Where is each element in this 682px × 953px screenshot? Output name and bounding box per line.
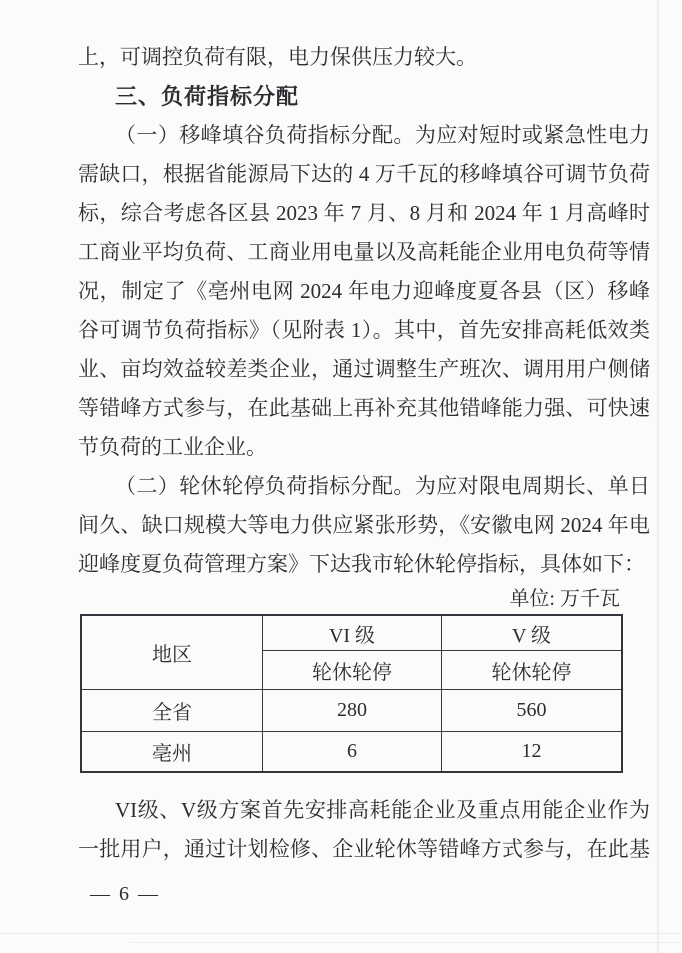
table-header-level-vi: VI 级	[263, 615, 442, 651]
document-page: 上，可调控负荷有限，电力保供压力较大。 三、负荷指标分配 （一）移峰填谷负荷指标…	[0, 0, 682, 953]
table-row: 亳州 6 12	[81, 732, 622, 773]
paragraph-line: 工商业平均负荷、工商业用电量以及高耗能企业用电负荷等情	[78, 233, 650, 272]
paragraph-line: 标，综合考虑各区县 2023 年 7 月、8 月和 2024 年 1 月高峰时段	[78, 194, 650, 233]
paragraph-line: 间久、缺口规模大等电力供应紧张形势，《安徽电网 2024 年电力	[78, 506, 650, 545]
rotation-quota-table: 地区 VI 级 V 级 轮休轮停 轮休轮停 全省 280 560 亳州 6 12	[80, 614, 623, 773]
section-heading: 三、负荷指标分配	[78, 77, 650, 116]
paragraph-line: 节负荷的工业企业。	[78, 428, 650, 467]
table-header-row: 地区 VI 级 V 级	[81, 615, 622, 651]
table-header-level-v: V 级	[442, 615, 623, 651]
table-unit-label: 单位: 万千瓦	[0, 588, 620, 610]
main-text-block: 上，可调控负荷有限，电力保供压力较大。 三、负荷指标分配 （一）移峰填谷负荷指标…	[78, 38, 650, 584]
paragraph-line: VI级、V级方案首先安排高耗能企业及重点用能企业作为第	[78, 791, 650, 830]
table-cell-v-value: 560	[442, 690, 623, 732]
paragraph-line: 谷可调节负荷指标》（见附表 1）。其中，首先安排高耗低效类企	[78, 311, 650, 350]
table-row: 全省 280 560	[81, 690, 622, 732]
scan-artifact-vertical-line	[657, 0, 659, 953]
paragraph-line: （二）轮休轮停负荷指标分配。为应对限电周期长、单日时	[78, 467, 650, 506]
table-cell-vi-value: 280	[263, 690, 442, 732]
table-cell-v-value: 12	[442, 732, 623, 773]
scan-artifact-horizontal-line	[130, 942, 682, 943]
table-subheader-vi: 轮休轮停	[263, 651, 442, 690]
paragraph-line: 上，可调控负荷有限，电力保供压力较大。	[78, 38, 650, 77]
paragraph-line: 等错峰方式参与，在此基础上再补充其他错峰能力强、可快速调	[78, 389, 650, 428]
page-number: — 6 —	[90, 884, 160, 904]
paragraph-line: 况，制定了《亳州电网 2024 年电力迎峰度夏各县（区）移峰填	[78, 272, 650, 311]
table-cell-vi-value: 6	[263, 732, 442, 773]
table-cell-region: 全省	[81, 690, 263, 732]
paragraph-line: 迎峰度夏负荷管理方案》下达我市轮休轮停指标，具体如下：	[78, 545, 650, 584]
table-cell-region: 亳州	[81, 732, 263, 773]
paragraph-line: 业、亩均效益较差类企业，通过调整生产班次、调用用户侧储能	[78, 350, 650, 389]
table-subheader-v: 轮休轮停	[442, 651, 623, 690]
table-header-region: 地区	[81, 615, 263, 690]
scan-artifact-horizontal-line	[0, 933, 682, 934]
paragraph-line: 一批用户，通过计划检修、企业轮休等错峰方式参与，在此基础	[78, 830, 650, 869]
closing-text-block: VI级、V级方案首先安排高耗能企业及重点用能企业作为第 一批用户，通过计划检修、…	[78, 791, 650, 869]
paragraph-line: 需缺口，根据省能源局下达的 4 万千瓦的移峰填谷可调节负荷指	[78, 155, 650, 194]
paragraph-line: （一）移峰填谷负荷指标分配。为应对短时或紧急性电力供	[78, 116, 650, 155]
